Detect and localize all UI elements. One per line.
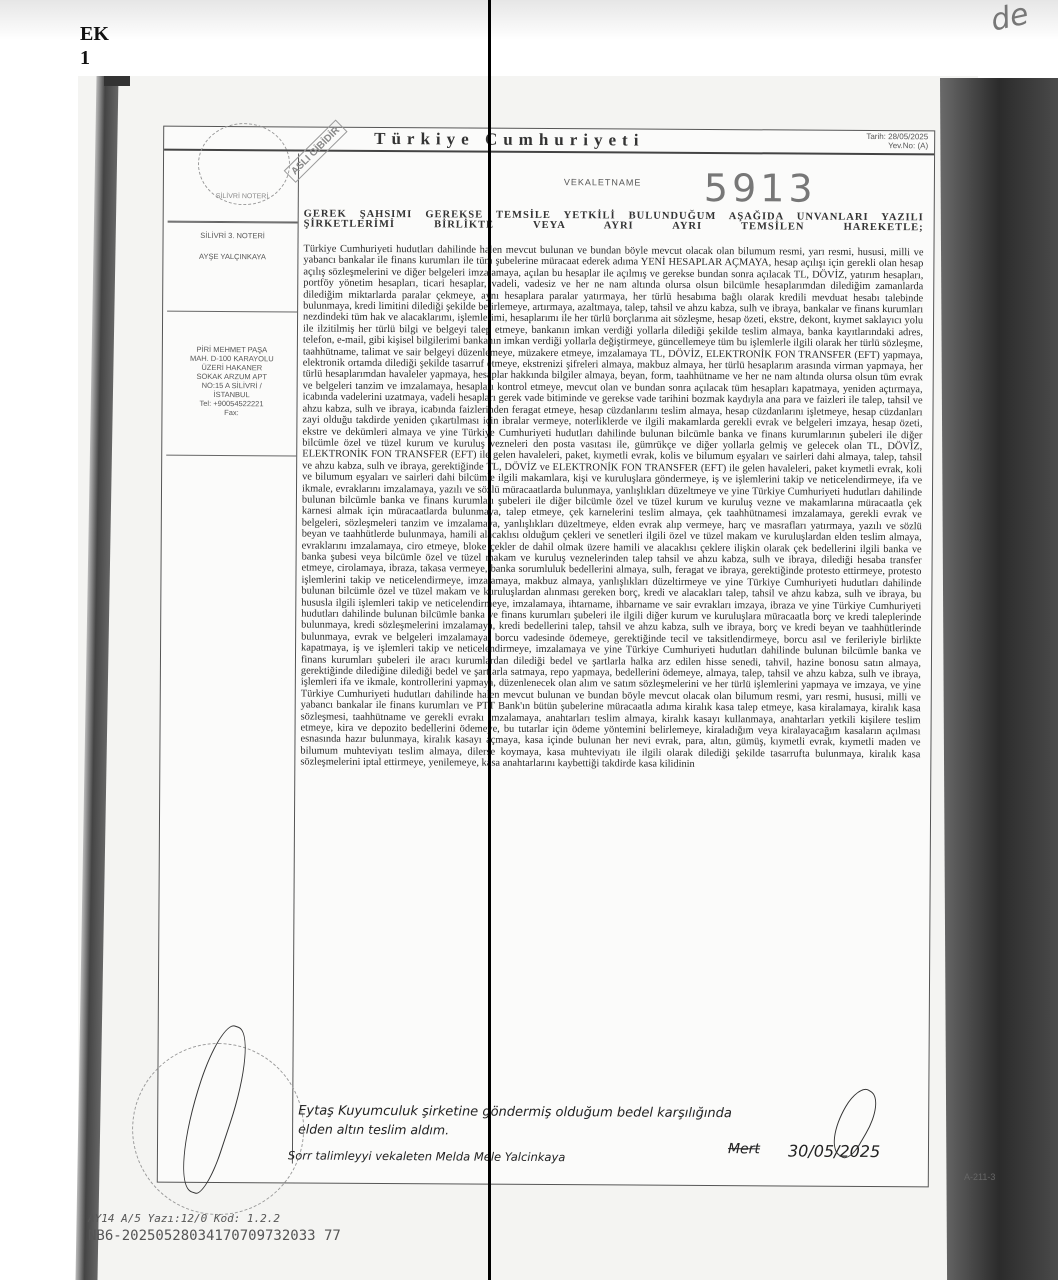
header-meta: Tarih: 28/05/2025 Yev.No: (A): [866, 132, 928, 150]
scan-fold-line: [488, 0, 491, 1280]
notary-person: AYŞE YALÇINKAYA: [167, 252, 297, 262]
annex-number: 1: [80, 46, 109, 70]
barcode-number: NB6-20250528034170709732033 77: [88, 1228, 341, 1244]
document-type: VEKALETNAME: [564, 177, 642, 187]
sidebar-divider: [168, 221, 298, 224]
notary-stamp-text: SİLİVRİ NOTERİ: [216, 193, 269, 200]
scan-left-edge-top: [104, 76, 130, 86]
annex-label: EK 1: [80, 22, 109, 70]
print-code-line: AY14 A/5 Yazı:12/0 Kod: 1.2.2: [88, 1212, 280, 1225]
handwritten-note-line2: elden altın teslim aldım.: [298, 1121, 449, 1137]
notary-fax: Fax:: [166, 408, 296, 418]
scan-right-shadow: [940, 78, 1058, 1280]
handwritten-note-line3: Sorr talimleyyi vekaleten Melda Mele Yal…: [288, 1148, 566, 1164]
notary-address-box: PİRİ MEHMET PAŞA MAH. D-100 KARAYOLU ÜZE…: [166, 341, 297, 457]
notary-sidebar: SİLİVRİ NOTERİ SİLİVRİ 3. NOTERİ AYŞE YA…: [162, 153, 299, 1164]
annex-label-text: EK: [80, 22, 109, 46]
body-text: Türkiye Cumhuriyeti hudutları dahilinde …: [300, 244, 923, 772]
header-date: Tarih: 28/05/2025: [866, 132, 928, 141]
intro-clause: GEREK ŞAHSIMI GEREKSE TEMSİLE YETKİLİ BU…: [304, 210, 924, 234]
notary-name: SİLİVRİ 3. NOTERİ: [168, 231, 298, 241]
scan-top-shadow: [0, 0, 1058, 40]
header-title: Türkiye Cumhuriyeti: [374, 129, 644, 151]
handwritten-signature: Mert: [728, 1141, 760, 1157]
document-number: 5913: [704, 166, 817, 211]
power-of-attorney-form: Türkiye Cumhuriyeti Tarih: 28/05/2025 Ye…: [157, 126, 935, 1188]
header-yev-no: Yev.No: (A): [866, 141, 928, 150]
form-code: A-211-3: [964, 1172, 995, 1182]
handwritten-note-line1: Eytaş Kuyumculuk şirketine göndermiş old…: [298, 1103, 732, 1121]
notary-info-box: SİLİVRİ 3. NOTERİ AYŞE YALÇINKAYA: [167, 231, 297, 313]
